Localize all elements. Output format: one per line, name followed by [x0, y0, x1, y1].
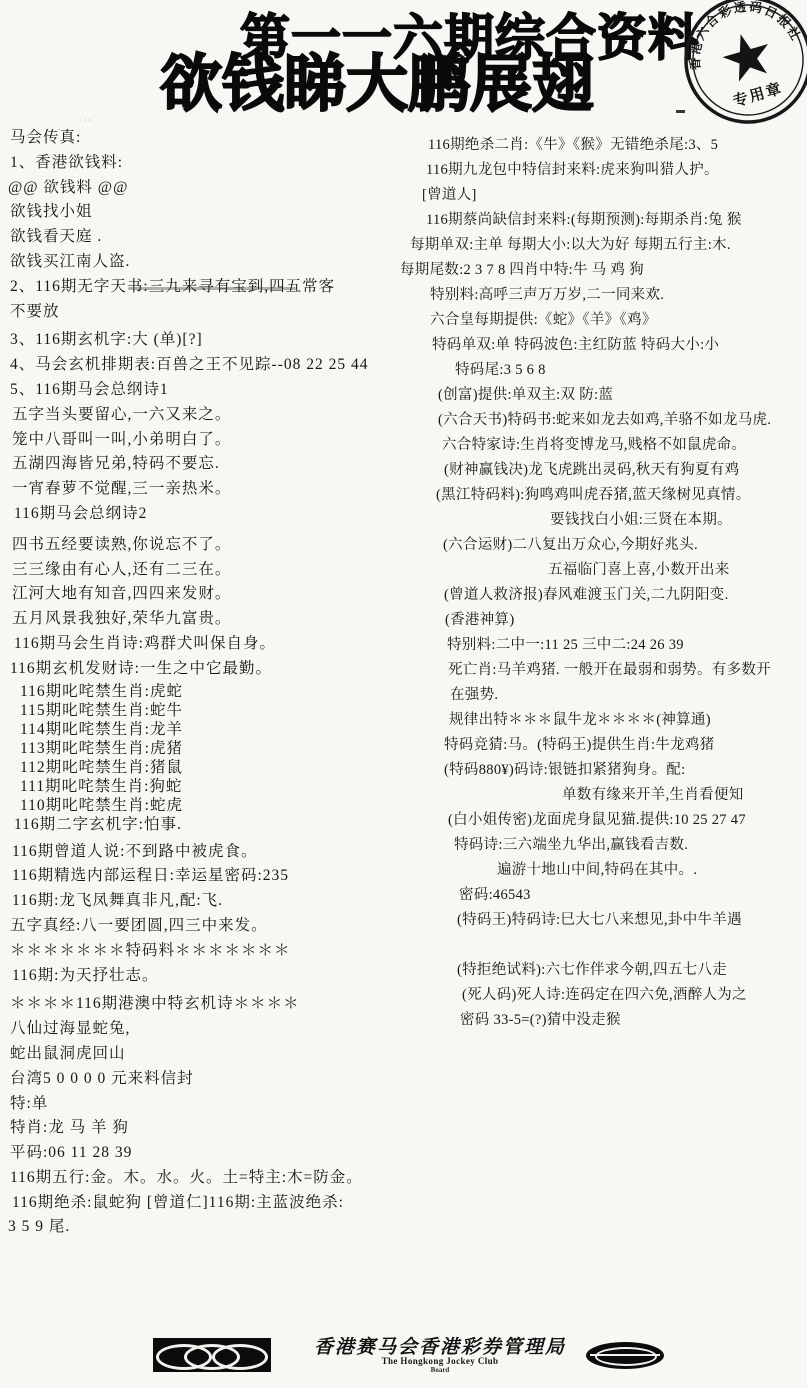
text-line: 特肖:龙 马 羊 狗 — [10, 1116, 408, 1141]
text-line: ＊＊＊＊＊＊＊特码料＊＊＊＊＊＊＊ — [10, 939, 408, 964]
text-line: 114期叱咤禁生肖:龙羊 — [20, 720, 408, 739]
text-line: 死亡肖:马羊鸡猪. 一般开在最弱和弱势。有多数开 — [448, 658, 807, 683]
text-line: 在强势. — [450, 683, 807, 708]
text-line: 要钱找白小姐:三贤在本期。 — [550, 508, 807, 533]
text-line: [曾道人] — [422, 183, 807, 208]
text-line: 一宵春萝不觉醒,三一亲热米。 — [12, 477, 408, 502]
right-text-column: 116期绝杀二肖:《牛》《猴》无错绝杀尾:3、5116期九龙包中特信封来料:虎来… — [400, 133, 807, 1033]
text-line: 116期绝杀:鼠蛇狗 [曾道仁]116期:主蓝波绝杀: — [12, 1191, 408, 1216]
text-line: 蛇出鼠洞虎回山 — [10, 1042, 408, 1067]
scan-dash-mark — [676, 110, 685, 113]
ring-icon — [212, 1344, 268, 1370]
text-line: (特码王)特码诗:巳大七八来想见,卦中牛羊遇 — [457, 908, 807, 933]
official-seal-stamp: 香港六合彩透码日报社 专用章 — [659, 0, 807, 149]
text-line: 116期绝杀二肖:《牛》《猴》无错绝杀尾:3、5 — [428, 133, 807, 158]
text-line: 笼中八哥叫一叫,小弟明白了。 — [12, 428, 408, 453]
text-line: 116期马会总纲诗2 — [14, 502, 408, 527]
text-line: 116期五行:金。木。水。火。土=特主:木=防金。 — [10, 1166, 408, 1191]
seal-label: 专用章 — [731, 79, 785, 110]
text-line: 马会传真: — [10, 126, 408, 151]
text-line: 五福临门喜上喜,小数开出来 — [548, 558, 807, 583]
text-line: 5、116期马会总纲诗1 — [10, 378, 408, 403]
text-line: 116期:为天抒壮志。 — [12, 964, 408, 989]
text-line: 4、马会玄机排期表:百兽之王不见踪--08 22 25 44 — [10, 353, 408, 378]
text-line: 116期叱咤禁生肖:虎蛇 — [20, 682, 408, 701]
text-line: (黑江特码料):狗鸣鸡叫虎吞猪,蓝天缘树见真情。 — [436, 483, 807, 508]
page-title-slogan: 欲钱睇大鹏展翅 — [160, 52, 640, 118]
scan-smudge-line — [128, 287, 296, 290]
text-line: 1、香港欲钱料: — [10, 151, 408, 176]
text-line: 特别料:二中一:11 25 三中二:24 26 39 — [447, 633, 807, 658]
text-line: 特码竞猜:马。(特码王)提供生肖:牛龙鸡猪 — [444, 733, 807, 758]
text-line: 116期:龙飞凤舞真非凡,配:飞. — [12, 889, 408, 914]
scan-speck: · · — [84, 116, 94, 119]
text-line: 欲钱找小姐 — [10, 200, 408, 225]
text-line: 单数有缘来开羊,生肖看便知 — [562, 783, 807, 808]
text-line: 五字真经:八一要团圆,四三中来发。 — [10, 914, 408, 939]
text-line: 3 5 9 尾. — [8, 1215, 408, 1240]
text-line: 密码:46543 — [459, 883, 807, 908]
star-icon — [718, 28, 776, 84]
text-line: (特拒绝试料):六七作伴求今朝,四五七八走 — [457, 958, 807, 983]
text-line: (六合天书)特码书:蛇来如龙去如鸡,羊骆不如龙马虎. — [438, 408, 807, 433]
text-line: 特码诗:三六端坐九华出,赢钱看吉数. — [454, 833, 807, 858]
text-line: 不要放 — [10, 300, 408, 325]
text-line: 113期叱咤禁生肖:虎猪 — [20, 739, 408, 758]
text-line: 116期曾道人说:不到路中被虎食。 — [12, 840, 408, 865]
text-line: 115期叱咤禁生肖:蛇牛 — [20, 701, 408, 720]
text-line: 116期玄机发财诗:一生之中它最勤。 — [10, 657, 408, 682]
footer-organization-board-en: Board — [292, 1366, 588, 1374]
text-line: 五字当头要留心,一六又来之。 — [12, 403, 408, 428]
text-line: 3、116期玄机字:大 (单)[?] — [10, 328, 408, 353]
text-line: (特码880¥)码诗:银链扣紧猪狗身。配: — [444, 758, 807, 783]
text-line: 每期单双:主单 每期大小:以大为好 每期五行主:木. — [410, 233, 807, 258]
text-line: 六合皇每期提供:《蛇》《羊》《鸡》 — [430, 308, 807, 333]
text-line: 116期马会生肖诗:鸡群犬叫保自身。 — [14, 632, 408, 657]
text-line: 江河大地有知音,四四来发财。 — [12, 582, 408, 607]
text-line: (白小姐传密)龙面虎身鼠见猫.提供:10 25 27 47 — [448, 808, 807, 833]
text-line: (死人码)死人诗:连码定在四六免,酒醉人为之 — [462, 983, 807, 1008]
oval-crest-bar — [590, 1354, 660, 1356]
text-line: ＊＊＊＊116期港澳中特玄机诗＊＊＊＊ — [10, 992, 408, 1017]
text-line: 三三缘由有心人,还有二三在。 — [12, 558, 408, 583]
text-line: 欲钱买江南人盗. — [10, 250, 408, 275]
text-line: 四书五经要读熟,你说忘不了。 — [12, 533, 408, 558]
text-line: 特:单 — [10, 1092, 408, 1117]
text-line: @@ 欲钱料 @@ — [8, 176, 408, 201]
scanned-lottery-sheet: 第一一六期综合资料 欲钱睇大鹏展翅 香港六合彩透码日报社 专用章 马会传真:1、… — [0, 0, 807, 1388]
text-line: 六合特家诗:生肖将变博龙马,贱格不如鼠虎命。 — [442, 433, 807, 458]
text-line: 116期二字玄机字:怕事. — [14, 815, 408, 834]
text-line: (曾道人救济报)春风难渡玉门关,二九阴阳变. — [444, 583, 807, 608]
oval-crest-inner-ring — [595, 1347, 657, 1366]
jockey-club-rings-logo — [153, 1338, 271, 1372]
text-line: 五湖四海皆兄弟,特码不要忘. — [12, 452, 408, 477]
text-line: (创富)提供:单双主:双 防:蓝 — [438, 383, 807, 408]
text-line: 八仙过海显蛇兔, — [10, 1017, 408, 1042]
text-line: 规律出特＊＊＊鼠牛龙＊＊＊＊(神算通) — [449, 708, 807, 733]
text-line: 台湾5 0 0 0 0 元来料信封 — [10, 1067, 408, 1092]
text-line: 110期叱咤禁生肖:蛇虎 — [20, 796, 408, 815]
text-line: 特码尾:3 5 6 8 — [455, 358, 807, 383]
text-line: 五月风景我独好,荣华九富贵。 — [12, 607, 408, 632]
text-line: 111期叱咤禁生肖:狗蛇 — [20, 777, 408, 796]
text-line: 116期九龙包中特信封来料:虎来狗叫猎人护。 — [426, 158, 807, 183]
text-line: 116期蔡尚缺信封来料:(每期预测):每期杀肖:兔 猴 — [426, 208, 807, 233]
text-line: (六合运财)二八复出万众心,今期好兆头. — [443, 533, 807, 558]
seal-graphic: 香港六合彩透码日报社 专用章 — [659, 0, 807, 149]
oval-crest-logo — [586, 1342, 664, 1369]
text-line: 116期精选内部运程日:幸运星密码:235 — [12, 864, 408, 889]
left-text-column: 马会传真:1、香港欲钱料:@@ 欲钱料 @@欲钱找小姐欲钱看天庭 .欲钱买江南人… — [8, 126, 408, 1240]
footer-organization-name: 香港赛马会香港彩券管理局 — [292, 1332, 588, 1359]
text-line: 密码 33-5=(?)猜中没走猴 — [460, 1008, 807, 1033]
text-line: 112期叱咤禁生肖:猪鼠 — [20, 758, 408, 777]
text-line: (香港神算) — [445, 608, 807, 633]
text-line: (财神赢钱决)龙飞虎跳出灵码,秋天有狗夏有鸡 — [444, 458, 807, 483]
text-line: 特别料:高呼三声万万岁,二一同来欢. — [430, 283, 807, 308]
footer-organization-block: 香港赛马会香港彩券管理局 The Hongkong Jockey Club Bo… — [292, 1332, 588, 1374]
scan-speck: · — [58, 126, 68, 129]
text-line: 欲钱看天庭 . — [10, 225, 408, 250]
text-line: 特码单双:单 特码波色:主红防蓝 特码大小:小 — [432, 333, 807, 358]
text-line: 遍游十地山中间,特码在其中。. — [497, 858, 807, 883]
text-line: 平码:06 11 28 39 — [10, 1141, 408, 1166]
text-line: 每期尾数:2 3 7 8 四肖中特:牛 马 鸡 狗 — [400, 258, 807, 283]
